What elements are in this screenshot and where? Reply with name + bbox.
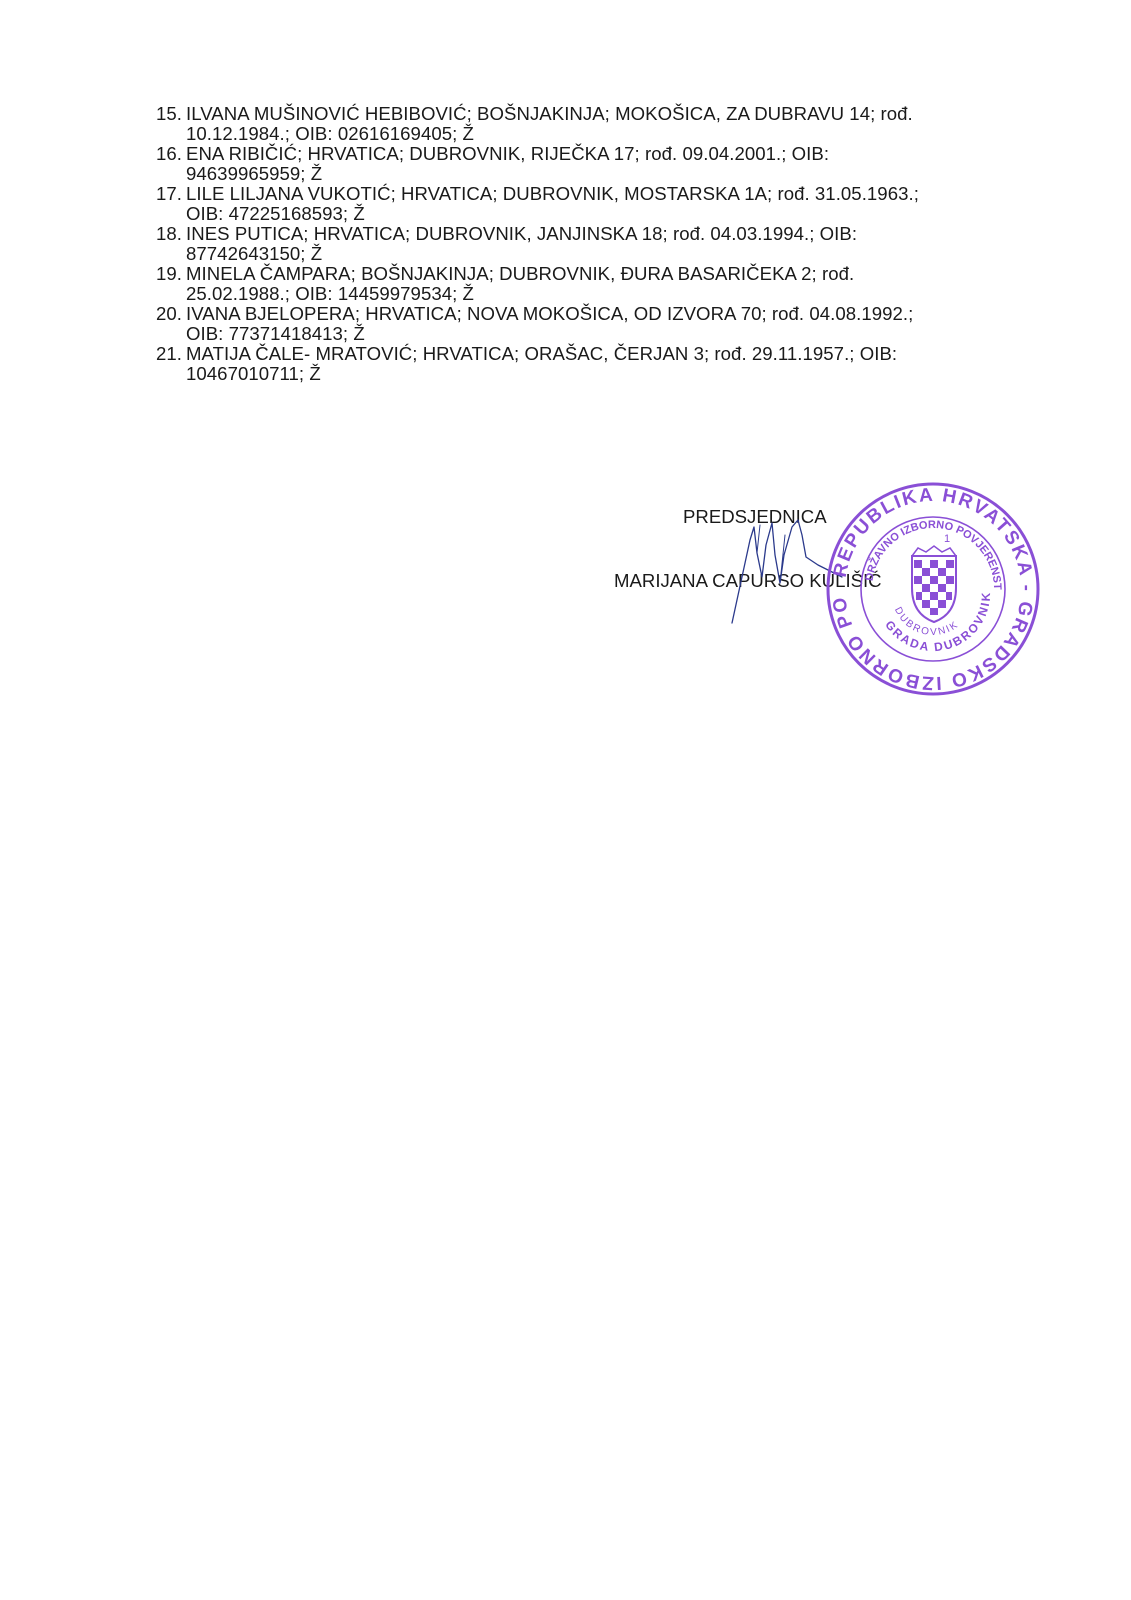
entry-line-2: 10467010711; Ž (186, 364, 1036, 384)
entry-number: 19. (156, 264, 182, 284)
list-item: 19. MINELA ČAMPARA; BOŠNJAKINJA; DUBROVN… (156, 264, 1036, 304)
list-item: 21. MATIJA ČALE- MRATOVIĆ; HRVATICA; ORA… (156, 344, 1036, 384)
entry-line-1: MINELA ČAMPARA; BOŠNJAKINJA; DUBROVNIK, … (186, 264, 1036, 284)
entry-line-1: LILE LILJANA VUKOTIĆ; HRVATICA; DUBROVNI… (186, 184, 1036, 204)
list-item: 16. ENA RIBIČIĆ; HRVATICA; DUBROVNIK, RI… (156, 144, 1036, 184)
entry-line-2: OIB: 77371418413; Ž (186, 324, 1036, 344)
entry-line-1: INES PUTICA; HRVATICA; DUBROVNIK, JANJIN… (186, 224, 1036, 244)
entry-number: 15. (156, 104, 182, 124)
stamp-number: 1 (944, 533, 950, 545)
document-page: 15. ILVANA MUŠINOVIĆ HEBIBOVIĆ; BOŠNJAKI… (0, 0, 1131, 1600)
official-stamp: REPUBLIKA HRVATSKA - GRADSKO IZBORNO POV… (820, 476, 1046, 702)
entry-line-2: 87742643150; Ž (186, 244, 1036, 264)
list-item: 18. INES PUTICA; HRVATICA; DUBROVNIK, JA… (156, 224, 1036, 264)
candidate-list: 15. ILVANA MUŠINOVIĆ HEBIBOVIĆ; BOŠNJAKI… (156, 104, 1036, 384)
list-item: 15. ILVANA MUŠINOVIĆ HEBIBOVIĆ; BOŠNJAKI… (156, 104, 1036, 144)
coat-of-arms-icon (912, 546, 956, 622)
entry-line-1: IVANA BJELOPERA; HRVATICA; NOVA MOKOŠICA… (186, 304, 1036, 324)
list-item: 20. IVANA BJELOPERA; HRVATICA; NOVA MOKO… (156, 304, 1036, 344)
entry-line-1: ENA RIBIČIĆ; HRVATICA; DUBROVNIK, RIJEČK… (186, 144, 1036, 164)
entry-number: 17. (156, 184, 182, 204)
entry-line-2: 25.02.1988.; OIB: 14459979534; Ž (186, 284, 1036, 304)
entry-line-1: ILVANA MUŠINOVIĆ HEBIBOVIĆ; BOŠNJAKINJA;… (186, 104, 1036, 124)
entry-line-2: 10.12.1984.; OIB: 02616169405; Ž (186, 124, 1036, 144)
entry-number: 18. (156, 224, 182, 244)
entry-line-2: OIB: 47225168593; Ž (186, 204, 1036, 224)
entry-number: 21. (156, 344, 182, 364)
entry-number: 20. (156, 304, 182, 324)
entry-line-2: 94639965959; Ž (186, 164, 1036, 184)
entry-number: 16. (156, 144, 182, 164)
entry-line-1: MATIJA ČALE- MRATOVIĆ; HRVATICA; ORAŠAC,… (186, 344, 1036, 364)
list-item: 17. LILE LILJANA VUKOTIĆ; HRVATICA; DUBR… (156, 184, 1036, 224)
